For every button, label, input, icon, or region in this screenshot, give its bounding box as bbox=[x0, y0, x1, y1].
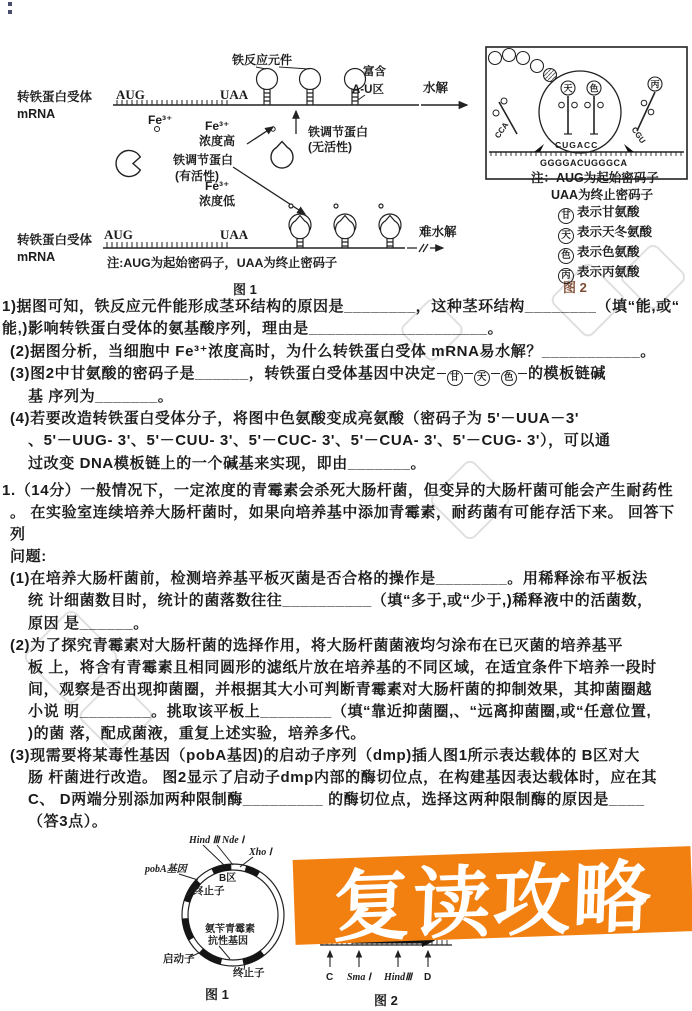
text-line: 统 计细菌数目时，统计的菌落数往往__________（填“多于,或“少于,)稀… bbox=[0, 590, 692, 612]
margin-mark-icon bbox=[8, 10, 12, 14]
amino-acid-circle: 丙 bbox=[558, 268, 574, 284]
label-fe-low-1: Fe³⁺ bbox=[205, 179, 229, 193]
text-line: C、 D两端分别添加两种限制酶_________ 的酶切位点，选择这两种限制酶的… bbox=[0, 789, 692, 811]
label-au-rich-2: A-U区 bbox=[352, 82, 384, 96]
site-label-hind: HindⅢ bbox=[383, 972, 414, 983]
amino-acid-ala: 丙 bbox=[650, 79, 659, 90]
text-line: (3)现需要将某毒性基因（pobA基因)的启动子序列（dmp)插人图1所示表达载… bbox=[0, 745, 692, 767]
label-receptor-1: 转铁蛋白受体 bbox=[17, 89, 93, 104]
figure2-legend: 注：AUG为起始密码子 UAA为终止密码子 甘表示甘氨酸天表示天冬氨酸色表示色氨… bbox=[531, 170, 659, 284]
label-irp-a1: 铁调节蛋白 bbox=[172, 152, 233, 167]
start-codon-1: AUG bbox=[116, 87, 145, 102]
question-11-block: 1.（14分）一般情况下，一定浓度的青霉素会杀死大肠杆菌，但变异的大肠杆菌可能会… bbox=[0, 480, 692, 834]
figure1-caption: 图 1 bbox=[233, 282, 257, 297]
figure1-mrna-diagram: 转铁蛋白受体 mRNA AUG UAA 铁反应元件 富含 A-U区 水解 Fe³… bbox=[15, 48, 477, 298]
start-codon-2: AUG bbox=[104, 227, 133, 242]
amino-acid-circle: 色 bbox=[501, 370, 517, 386]
codon-sequence: CUGACC bbox=[555, 140, 598, 150]
site-label-c: C bbox=[326, 972, 333, 983]
label-hard-hydrolysis: 难水解 bbox=[419, 224, 457, 239]
text-line: 。 在实验室连续培养大肠杆菌时，如果向培养基中添加青霉素，耐药菌有可能存活下来。… bbox=[0, 502, 692, 524]
text-line: 间，观察是否出现抑菌圈，并根据其大小可判断青霉素对大肠杆菌的抑制效果，其抑菌圈越 bbox=[0, 679, 692, 701]
enzyme-labels-top: Hind Ⅲ Nde Ⅰ bbox=[188, 835, 246, 846]
label-receptor-2: 转铁蛋白受体 bbox=[17, 232, 93, 247]
text-line: 过改变 DNA模板链上的一个碱基来实现，即由_______。 bbox=[0, 453, 692, 475]
text-line: 1)据图可知，铁反应元件能形成茎环结构的原因是________，这种茎环结构__… bbox=[0, 296, 692, 318]
amino-acid-trp: 色 bbox=[588, 83, 598, 94]
label-ampicillin-2: 抗性基因 bbox=[208, 934, 248, 947]
question-10-block: 1)据图可知，铁反应元件能形成茎环结构的原因是________，这种茎环结构__… bbox=[0, 296, 692, 475]
banner: 复读攻略 bbox=[293, 846, 692, 945]
legend-item: 甘表示甘氨酸 bbox=[531, 204, 659, 224]
label-fe-low-2: 浓度低 bbox=[199, 193, 236, 208]
text-line: (1)在培养大肠杆菌前，检测培养基平板灭菌是否合格的操作是________。用稀… bbox=[0, 568, 692, 590]
text-line: 、5'－UUG- 3'、5'－CUU- 3'、5'－CUC- 3'、5'－CUA… bbox=[0, 430, 692, 452]
amino-acid-asp: 天 bbox=[563, 84, 572, 94]
label-irp-b1: 铁调节蛋白 bbox=[307, 124, 368, 139]
site-label-sma: Sma Ⅰ bbox=[347, 972, 373, 983]
text-line: （答3点）。 bbox=[0, 811, 692, 833]
dash bbox=[437, 373, 446, 374]
amino-acid-circle: 天 bbox=[474, 370, 490, 386]
stop-codon-1: UAA bbox=[220, 87, 249, 102]
dash bbox=[464, 373, 473, 374]
stop-codon-2: UAA bbox=[220, 227, 249, 242]
text-line: (3)图2中甘氨酸的密码子是______，转铁蛋白受体基因中决定甘天色的模板链碱 bbox=[0, 363, 692, 386]
text-line: (2)为了探究青霉素对大肠杆菌的选择作用，将大肠杆菌菌液均匀涂布在已灭菌的培养基… bbox=[0, 635, 692, 657]
label-fe-high-2: 浓度高 bbox=[199, 133, 235, 148]
amino-acid-circle: 天 bbox=[558, 228, 574, 244]
legend-note-1: 注：AUG为起始密码子 bbox=[531, 170, 659, 187]
banner-text: 复读攻略 bbox=[331, 834, 655, 957]
restriction-map-caption: 图 2 bbox=[374, 993, 398, 1008]
margin-mark-icon bbox=[8, 2, 12, 6]
label-terminator-1: 终止子 bbox=[193, 884, 225, 897]
dash bbox=[518, 373, 527, 374]
label-irp-b2: (无活性) bbox=[308, 139, 352, 154]
figure1-note: 注:AUG为起始密码子，UAA为终止密码子 bbox=[107, 255, 338, 270]
iron-regulatory-protein-active bbox=[116, 151, 140, 177]
label-mrna-2: mRNA bbox=[17, 250, 55, 264]
amino-acid-circle: 甘 bbox=[447, 370, 463, 386]
text-line: 1.（14分）一般情况下，一定浓度的青霉素会杀死大肠杆菌，但变异的大肠杆菌可能会… bbox=[0, 480, 692, 502]
label-b-region: B区 bbox=[219, 871, 236, 884]
label-au-rich-1: 富含 bbox=[363, 64, 386, 78]
label-fe-high-1: Fe³⁺ bbox=[205, 119, 229, 133]
legend-item: 丙表示丙氨酸 bbox=[531, 264, 659, 284]
label-terminator-2: 终止子 bbox=[233, 966, 265, 979]
site-label-d: D bbox=[424, 972, 431, 983]
label-iron-response-element: 铁反应元件 bbox=[231, 52, 292, 67]
text-line: 列 bbox=[0, 524, 692, 546]
label-poba-gene: pobA基因 bbox=[144, 863, 189, 875]
legend-note-2: UAA为终止密码子 bbox=[531, 187, 659, 204]
legend-item: 色表示色氨酸 bbox=[531, 244, 659, 264]
text-line: 能,)影响转铁蛋白受体的氨基酸序列，理由是___________________… bbox=[0, 318, 692, 340]
amino-acid-circle: 甘 bbox=[558, 208, 574, 224]
text-line: 板 上，将含有青霉素且相同圆形的滤纸片放在培养基的不同区域，在适宜条件下培养一段… bbox=[0, 657, 692, 679]
text-line: 问题: bbox=[0, 546, 692, 568]
enzyme-label-xho: Xho Ⅰ bbox=[248, 847, 274, 858]
text-line: 肠 杆菌进行改造。 图2显示了启动子dmp内部的酶切位点，在构建基因表达载体时，… bbox=[0, 767, 692, 789]
label-ampicillin-1: 氨苄青霉素 bbox=[205, 922, 255, 935]
label-hydrolysis: 水解 bbox=[423, 80, 449, 95]
text-line: 原因 是______。 bbox=[0, 613, 692, 635]
figure2-ribosome-diagram: 天 色 丙 CCA CGU CUGACC GGGGACUGGGCA bbox=[484, 44, 690, 186]
text-line: 基 序列为_______。 bbox=[0, 386, 692, 408]
mrna-sequence: GGGGACUGGGCA bbox=[540, 158, 628, 168]
text-line: (2)据图分析，当细胞中 Fe³⁺浓度高时，为什么转铁蛋白受体 mRNA易水解？… bbox=[0, 341, 692, 363]
iron-regulatory-protein-inactive bbox=[271, 142, 293, 169]
label-promoter: 启动子 bbox=[163, 952, 195, 965]
plasmid-caption: 图 1 bbox=[205, 987, 229, 1002]
amino-acid-circle: 色 bbox=[558, 248, 574, 264]
text-line: (4)若要改造转铁蛋白受体分子，将图中色氨酸变成亮氨酸（密码子为 5'－UUA－… bbox=[0, 408, 692, 430]
text-line: )的菌 落，配成菌液，重复上述实验，培养多代。 bbox=[0, 723, 692, 745]
label-mrna-1: mRNA bbox=[17, 107, 55, 121]
label-fe-ion: Fe³⁺ bbox=[148, 113, 172, 127]
legend-item: 天表示天冬氨酸 bbox=[531, 224, 659, 244]
dash bbox=[491, 373, 500, 374]
text-line: 小说 明________。挑取该平板上________（填“靠近抑菌圈,、“远离… bbox=[0, 701, 692, 723]
